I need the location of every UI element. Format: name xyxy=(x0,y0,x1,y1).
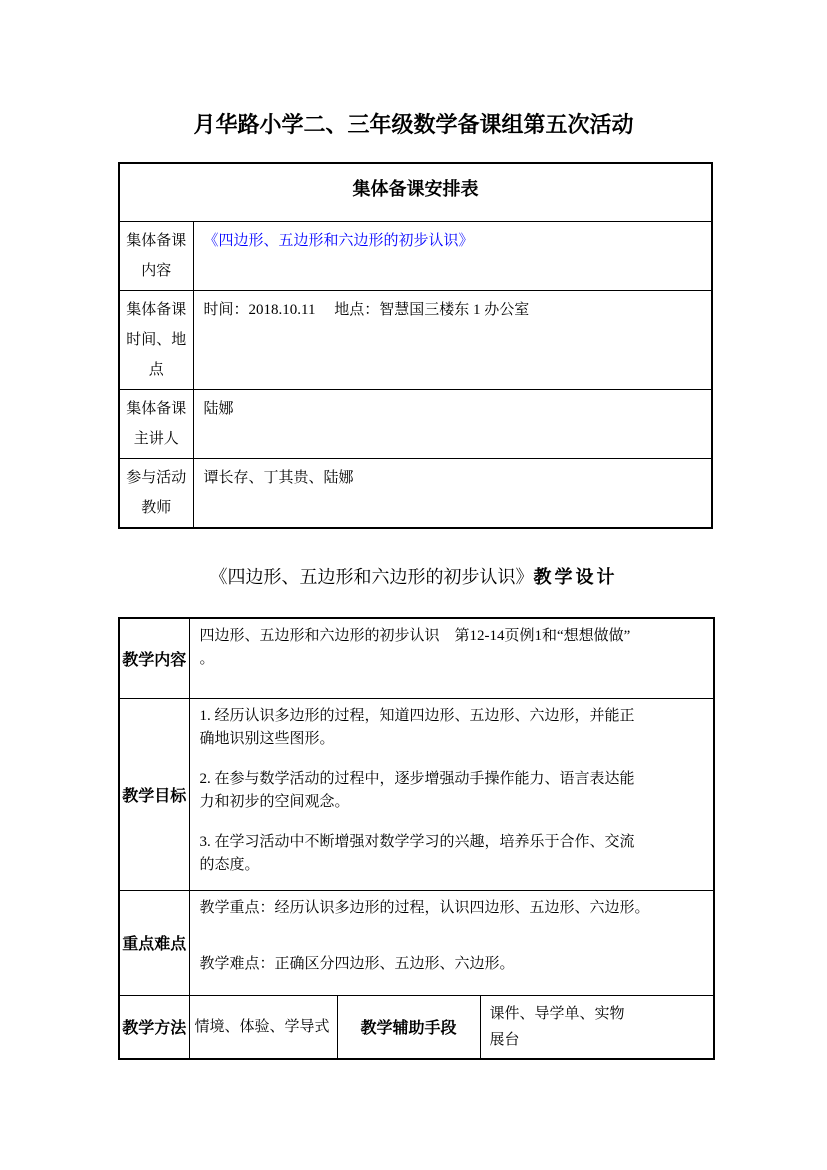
goal-item-3: 3. 在学习活动中不断增强对数学学习的兴趣，培养乐于合作、交流 的态度。 xyxy=(200,831,704,877)
table-row: 教学内容 四边形、五边形和六边形的初步认识 第12-14页例1和“想想做做” 。 xyxy=(119,618,714,698)
design-label-teaching-methods: 教学方法 xyxy=(119,995,189,1059)
schedule-label-content: 集体备课 内容 xyxy=(119,221,193,290)
design-title-book-name: 《四边形、五边形和六边形的初步认识》 xyxy=(210,567,534,587)
table-row: 集体备课 时间、地 点 时间：2018.10.11 地点：智慧国三楼东 1 办公… xyxy=(119,290,712,389)
schedule-value-time-place: 时间：2018.10.11 地点：智慧国三楼东 1 办公室 xyxy=(193,290,712,389)
schedule-label-speaker: 集体备课 主讲人 xyxy=(119,389,193,458)
design-value-key-points: 教学重点：经历认识多边形的过程，认识四边形、五边形、六边形。 教学难点：正确区分… xyxy=(189,890,714,995)
design-value-teaching-methods: 情境、体验、学导式 xyxy=(189,995,337,1059)
table-row: 参与活动 教师 谭长存、丁其贵、陆娜 xyxy=(119,458,712,528)
goal-item-1: 1. 经历认识多边形的过程，知道四边形、五边形、六边形，并能正 确地识别这些图形… xyxy=(200,705,704,751)
key-point-focus: 教学重点：经历认识多边形的过程，认识四边形、五边形、六边形。 xyxy=(200,897,704,920)
table-row: 集体备课 主讲人 陆娜 xyxy=(119,389,712,458)
table-row: 重点难点 教学重点：经历认识多边形的过程，认识四边形、五边形、六边形。 教学难点… xyxy=(119,890,714,995)
schedule-table-title: 集体备课安排表 xyxy=(119,163,712,221)
table-row: 教学方法 情境、体验、学导式 教学辅助手段 课件、导学单、实物 展台 xyxy=(119,995,714,1059)
design-label-teaching-aids: 教学辅助手段 xyxy=(337,995,480,1059)
table-row: 教学目标 1. 经历认识多边形的过程，知道四边形、五边形、六边形，并能正 确地识… xyxy=(119,698,714,890)
goal-item-2: 2. 在参与数学活动的过程中，逐步增强动手操作能力、语言表达能 力和初步的空间观… xyxy=(200,768,704,814)
design-label-key-points: 重点难点 xyxy=(119,890,189,995)
design-label-teaching-content: 教学内容 xyxy=(119,618,189,698)
schedule-label-teachers: 参与活动 教师 xyxy=(119,458,193,528)
schedule-table: 集体备课安排表 集体备课 内容 《四边形、五边形和六边形的初步认识》 集体备课 … xyxy=(118,162,713,529)
schedule-label-time-place: 集体备课 时间、地 点 xyxy=(119,290,193,389)
design-value-teaching-aids: 课件、导学单、实物 展台 xyxy=(480,995,714,1059)
design-section-title: 《四边形、五边形和六边形的初步认识》教学设计 xyxy=(0,564,827,590)
design-value-teaching-content: 四边形、五边形和六边形的初步认识 第12-14页例1和“想想做做” 。 xyxy=(189,618,714,698)
table-row: 集体备课 内容 《四边形、五边形和六边形的初步认识》 xyxy=(119,221,712,290)
schedule-value-content: 《四边形、五边形和六边形的初步认识》 xyxy=(193,221,712,290)
design-title-suffix: 教学设计 xyxy=(534,567,618,587)
design-value-teaching-goals: 1. 经历认识多边形的过程，知道四边形、五边形、六边形，并能正 确地识别这些图形… xyxy=(189,698,714,890)
design-table: 教学内容 四边形、五边形和六边形的初步认识 第12-14页例1和“想想做做” 。… xyxy=(118,617,715,1060)
design-label-teaching-goals: 教学目标 xyxy=(119,698,189,890)
schedule-value-speaker: 陆娜 xyxy=(193,389,712,458)
schedule-value-teachers: 谭长存、丁其贵、陆娜 xyxy=(193,458,712,528)
key-point-difficulty: 教学难点：正确区分四边形、五边形、六边形。 xyxy=(200,953,704,976)
document-title: 月华路小学二、三年级数学备课组第五次活动 xyxy=(0,110,827,140)
